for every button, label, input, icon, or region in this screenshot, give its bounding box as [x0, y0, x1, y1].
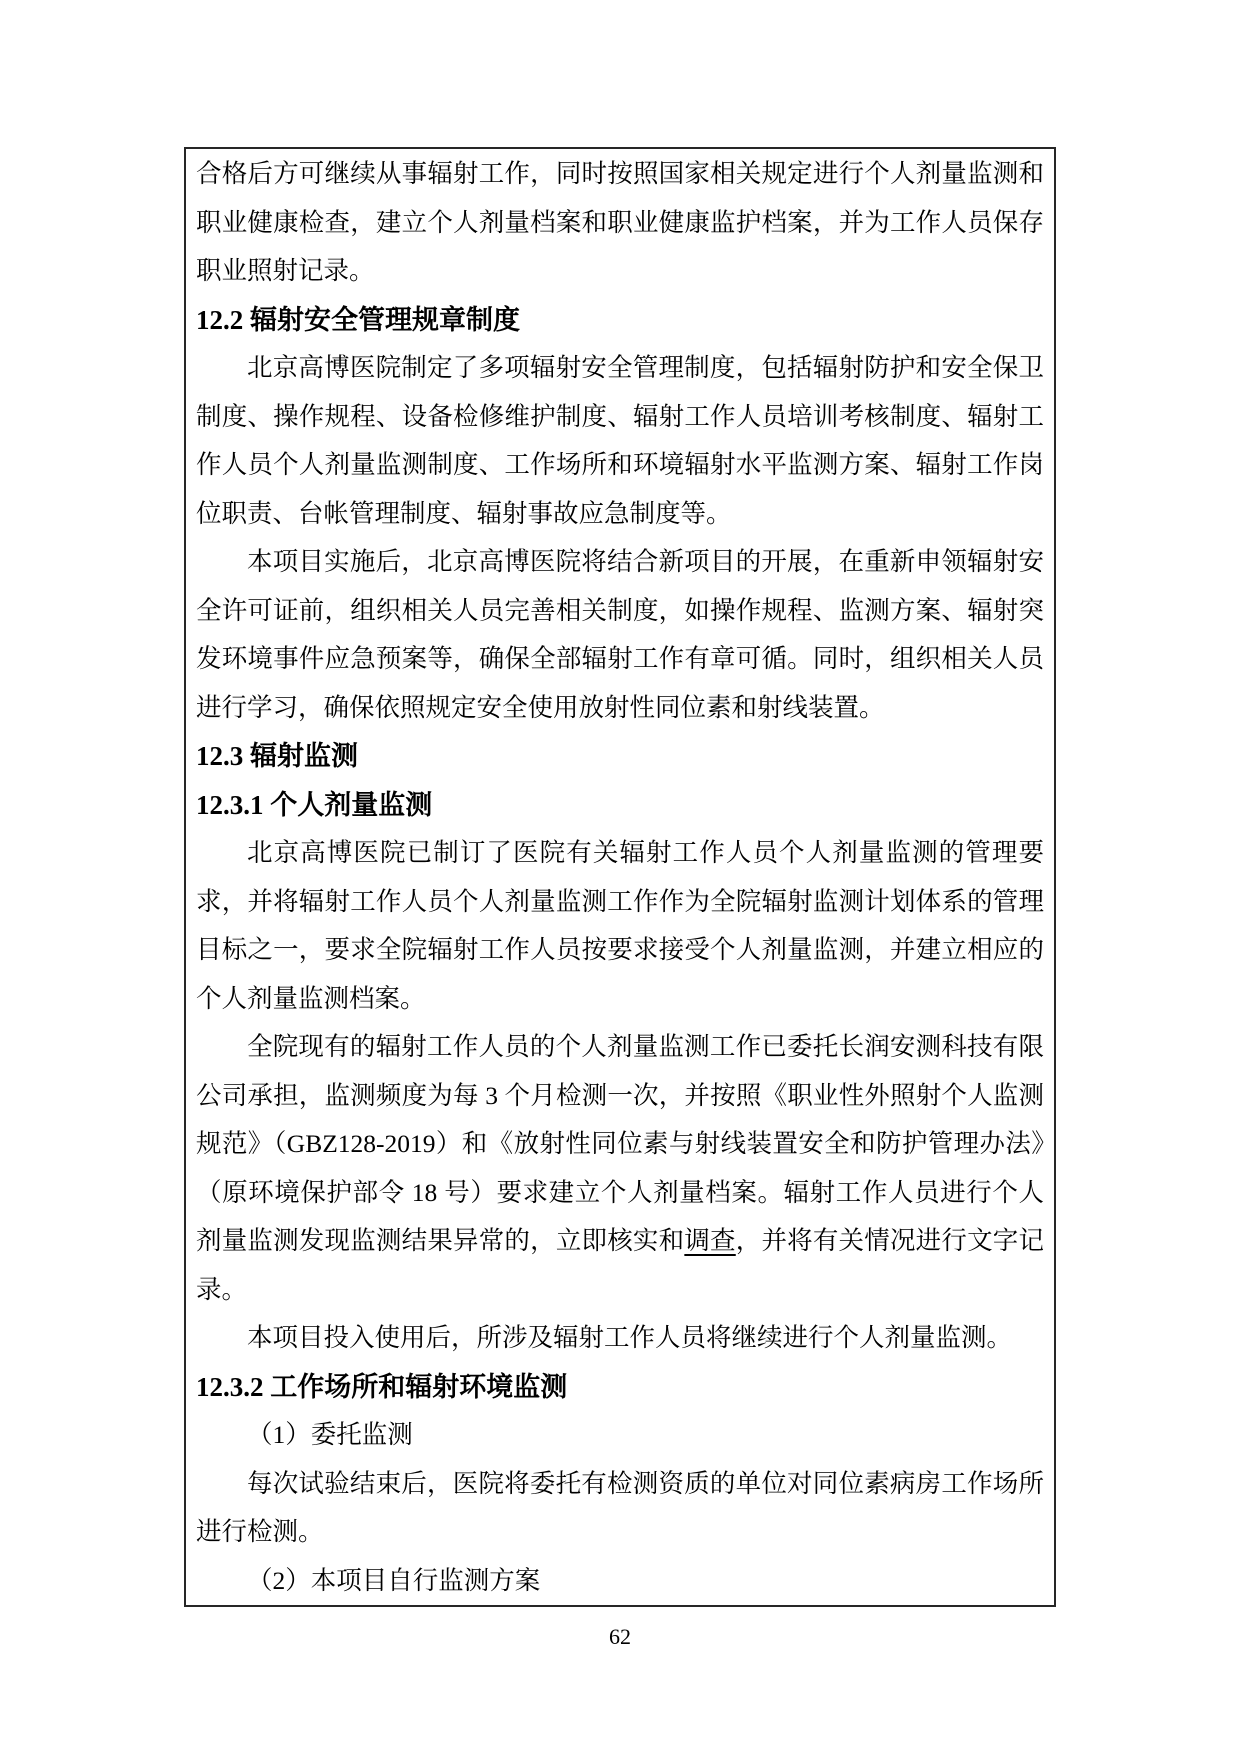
paragraph-management-systems-list: 北京高博医院制定了多项辐射安全管理制度，包括辐射防护和安全保卫制度、操作规程、设… [196, 344, 1044, 538]
paragraph-project-continued-monitoring: 本项目投入使用后，所涉及辐射工作人员将继续进行个人剂量监测。 [196, 1314, 1044, 1363]
underlined-text-investigation: 调查 [684, 1226, 735, 1255]
content-cell: 合格后方可继续从事辐射工作，同时按照国家相关规定进行个人剂量监测和职业健康检查，… [184, 147, 1056, 1607]
heading-12-3-radiation-monitoring: 12.3 辐射监测 [196, 732, 1044, 781]
list-item-entrusted-monitoring: （1）委托监测 [196, 1411, 1044, 1460]
heading-12-3-2-workplace-environment-monitoring: 12.3.2 工作场所和辐射环境监测 [196, 1363, 1044, 1412]
paragraph-project-implementation: 本项目实施后，北京高博医院将结合新项目的开展，在重新申领辐射安全许可证前，组织相… [196, 538, 1044, 732]
heading-12-3-1-personal-dose-monitoring: 12.3.1 个人剂量监测 [196, 781, 1044, 830]
list-item-self-monitoring-plan: （2）本项目自行监测方案 [196, 1557, 1044, 1606]
document-page: 合格后方可继续从事辐射工作，同时按照国家相关规定进行个人剂量监测和职业健康检查，… [0, 0, 1240, 1754]
page-number: 62 [0, 1622, 1240, 1652]
heading-12-2-radiation-safety-rules: 12.2 辐射安全管理规章制度 [196, 296, 1044, 345]
paragraph-dose-management-requirements: 北京高博医院已制订了医院有关辐射工作人员个人剂量监测的管理要求，并将辐射工作人员… [196, 829, 1044, 1023]
paragraph-entrusted-monitoring-detail: 每次试验结束后，医院将委托有检测资质的单位对同位素病房工作场所进行检测。 [196, 1460, 1044, 1557]
commission-text-before: 全院现有的辐射工作人员的个人剂量监测工作已委托长润安测科技有限公司承担，监测频度… [196, 1032, 1044, 1255]
paragraph-dose-monitoring-commission: 全院现有的辐射工作人员的个人剂量监测工作已委托长润安测科技有限公司承担，监测频度… [196, 1023, 1044, 1314]
paragraph-continued-from-previous-page: 合格后方可继续从事辐射工作，同时按照国家相关规定进行个人剂量监测和职业健康检查，… [196, 150, 1044, 296]
